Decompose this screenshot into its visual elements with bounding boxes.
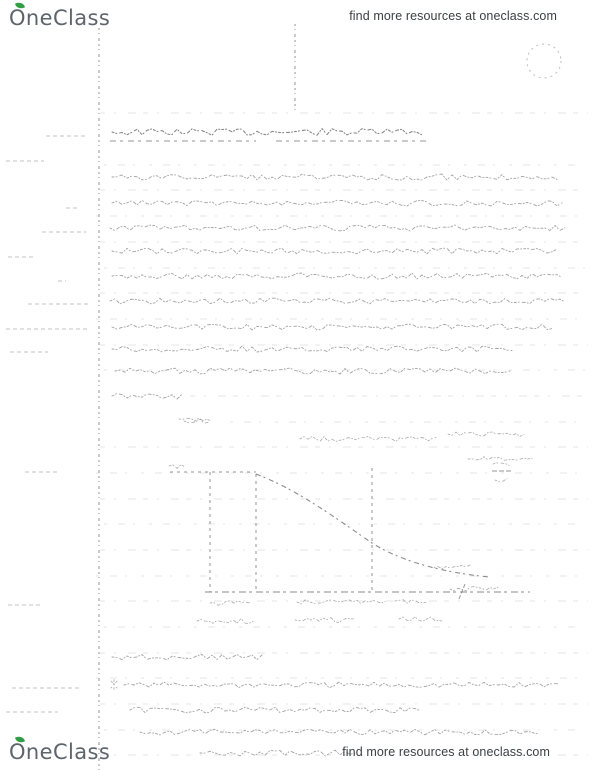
diagram-label-top-left bbox=[179, 418, 211, 421]
diagram-fraction-denominator bbox=[495, 479, 507, 482]
diagram-axis-label-3b bbox=[399, 617, 443, 622]
pen-circle-doodle bbox=[527, 44, 561, 78]
oneclass-logo: OneClass bbox=[9, 5, 110, 31]
figure-caption-mark bbox=[184, 419, 208, 423]
diagram-axis-end-label bbox=[450, 587, 498, 591]
diagram-label-right-1 bbox=[448, 432, 524, 436]
diagram-label-right-2 bbox=[468, 457, 532, 461]
scanned-notes-page: OneClass find more resources at oneclass… bbox=[0, 0, 595, 770]
footer-resources-link[interactable]: find more resources at oneclass.com bbox=[342, 745, 550, 759]
header-resources-link[interactable]: find more resources at oneclass.com bbox=[349, 9, 557, 23]
handwritten-title bbox=[110, 129, 428, 141]
diagram-label-above-curve bbox=[300, 437, 436, 442]
diagram-fraction-numerator bbox=[493, 463, 509, 465]
diagram-axis-label-3a bbox=[395, 600, 427, 604]
handwritten-paragraph bbox=[110, 174, 565, 399]
notes-diagram bbox=[169, 418, 532, 624]
oneclass-logo-text-footer: OneClass bbox=[9, 739, 110, 765]
bullet-asterisk bbox=[111, 680, 117, 690]
margin-stray-marks bbox=[6, 136, 90, 712]
diagram-axis-label-2b bbox=[295, 618, 355, 623]
diagram-axis-label-2a bbox=[297, 600, 385, 604]
diagram-axis-label-1a bbox=[210, 601, 250, 605]
oneclass-logo-text: OneClass bbox=[9, 5, 110, 31]
diagram-label-wage-level bbox=[169, 465, 185, 469]
diagram-demand-curve bbox=[256, 474, 490, 577]
handwritten-bottom-notes bbox=[111, 655, 559, 757]
oneclass-logo-footer: OneClass bbox=[9, 739, 110, 765]
diagram-axis-label-1b bbox=[197, 619, 253, 624]
handwritten-scan bbox=[0, 0, 595, 770]
